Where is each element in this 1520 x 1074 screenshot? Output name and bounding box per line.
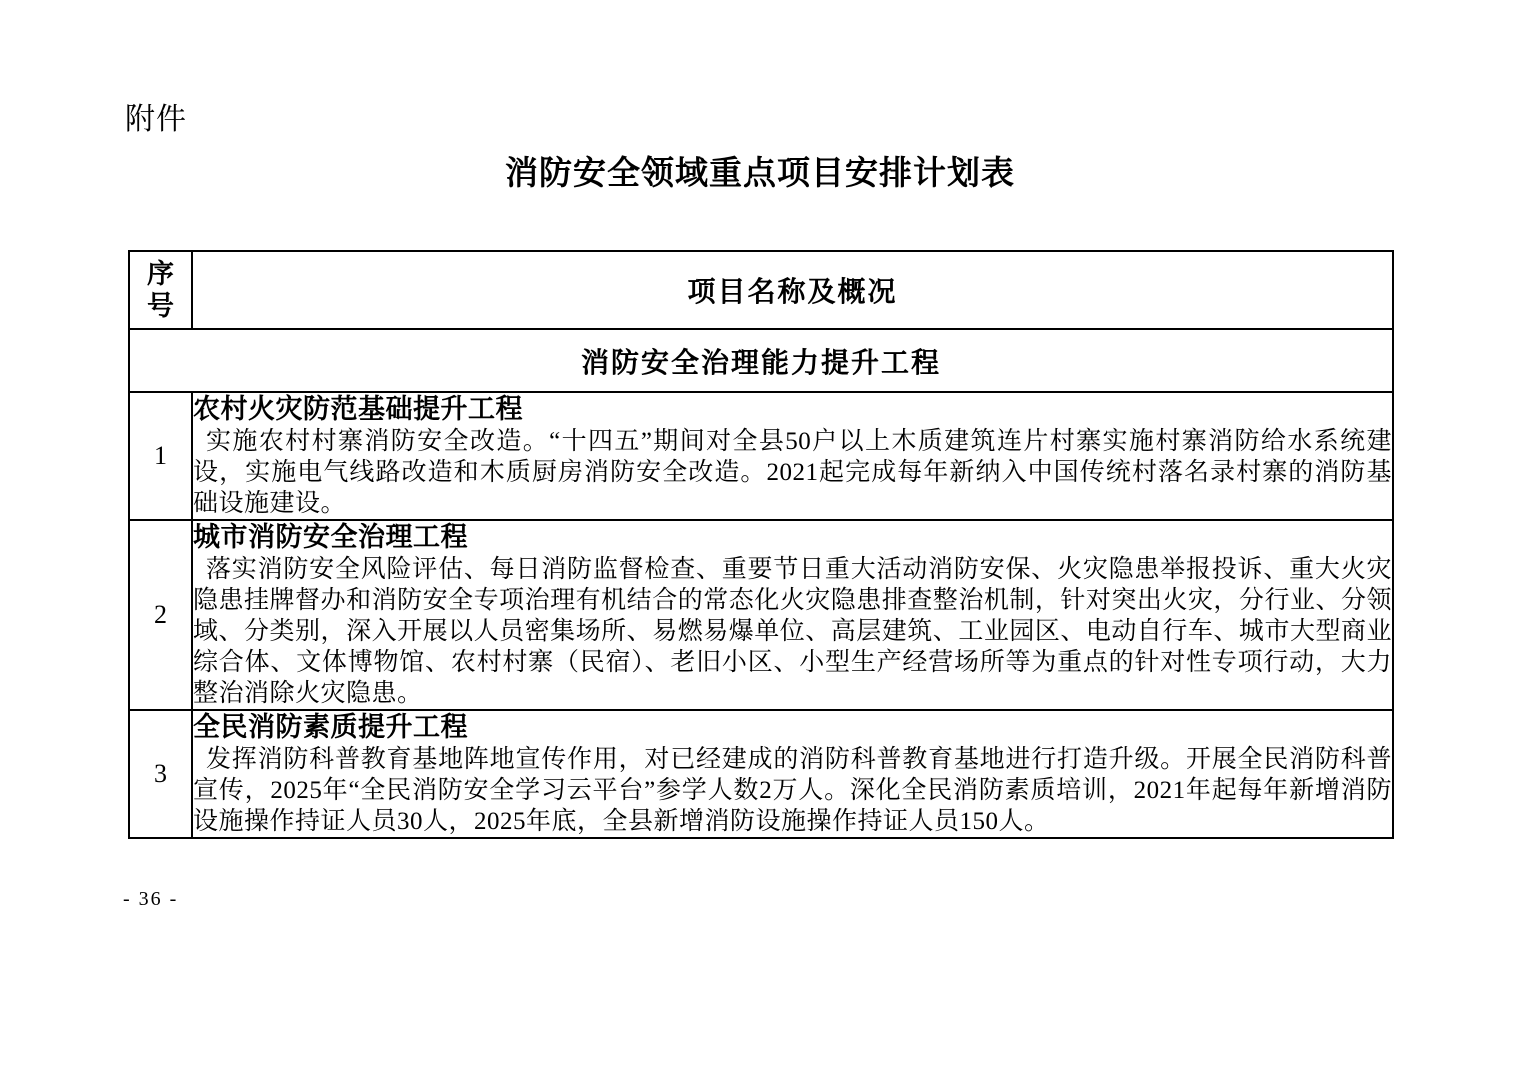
project-title: 全民消防素质提升工程 [193,711,1392,744]
table-row: 1 农村火灾防范基础提升工程 实施农村村寨消防安全改造。“十四五”期间对全县50… [129,392,1393,520]
header-cell-seq: 序号 [129,251,192,329]
section-header-row: 消防安全治理能力提升工程 [129,329,1393,392]
page-number: - 36 - [123,888,178,911]
project-title: 农村火灾防范基础提升工程 [193,393,1392,426]
table-row: 2 城市消防安全治理工程 落实消防安全风险评估、每日消防监督检查、重要节日重大活… [129,520,1393,710]
project-description: 发挥消防科普教育基地阵地宣传作用，对已经建成的消防科普教育基地进行打造升级。开展… [193,744,1392,837]
header-seq-label: 序号 [146,258,176,322]
document-title: 消防安全领域重点项目安排计划表 [125,147,1395,194]
table-row: 3 全民消防素质提升工程 发挥消防科普教育基地阵地宣传作用，对已经建成的消防科普… [129,710,1393,838]
project-description: 实施农村村寨消防安全改造。“十四五”期间对全县50户以上木质建筑连片村寨实施村寨… [193,426,1392,519]
project-description: 落实消防安全风险评估、每日消防监督检查、重要节日重大活动消防安保、火灾隐患举报投… [193,554,1392,709]
row-seq-number: 1 [129,392,192,520]
project-title: 城市消防安全治理工程 [193,521,1392,554]
row-content-cell: 全民消防素质提升工程 发挥消防科普教育基地阵地宣传作用，对已经建成的消防科普教育… [192,710,1393,838]
row-content-cell: 城市消防安全治理工程 落实消防安全风险评估、每日消防监督检查、重要节日重大活动消… [192,520,1393,710]
row-seq-number: 3 [129,710,192,838]
section-header-label: 消防安全治理能力提升工程 [129,329,1393,392]
document-page: 附件 消防安全领域重点项目安排计划表 序号 项目名称及概况 消防安全治理能力提升… [0,0,1520,1074]
table-header-row: 序号 项目名称及概况 [129,251,1393,329]
header-project-label: 项目名称及概况 [192,251,1393,329]
attachment-label: 附件 [125,94,187,138]
row-seq-number: 2 [129,520,192,710]
project-plan-table: 序号 项目名称及概况 消防安全治理能力提升工程 1 农村火灾防范基础提升工程 实… [128,250,1394,839]
row-content-cell: 农村火灾防范基础提升工程 实施农村村寨消防安全改造。“十四五”期间对全县50户以… [192,392,1393,520]
